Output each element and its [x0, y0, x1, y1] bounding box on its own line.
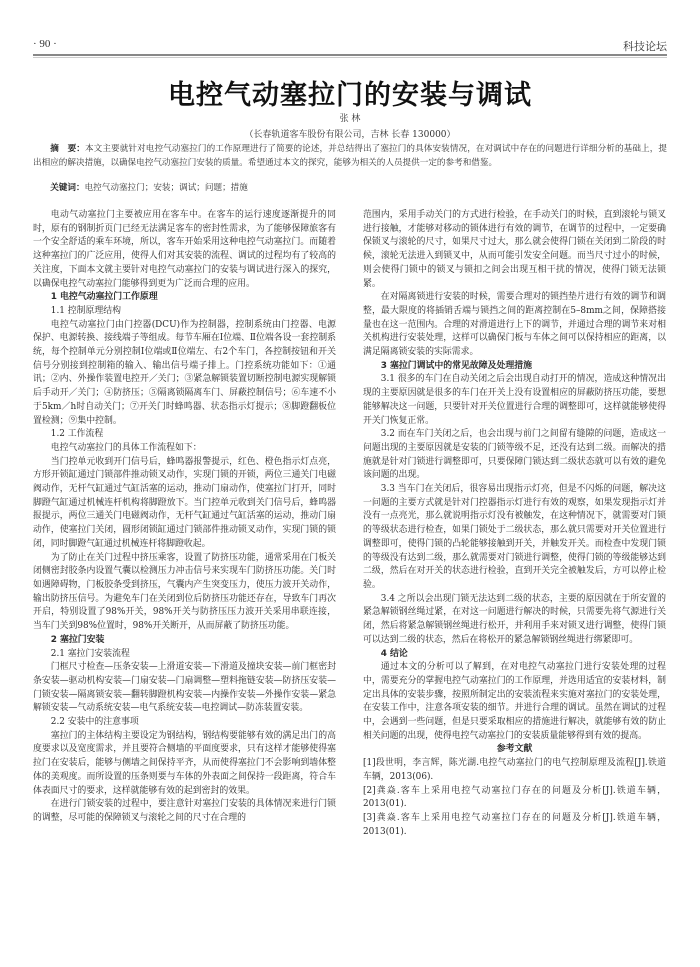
journal-name: 科技论坛 — [623, 38, 667, 54]
header-rule-thin — [33, 57, 667, 58]
header-rule — [33, 54, 667, 56]
paragraph: 门框尺寸检查—压条安装—上滑道安装—下滑道及撞块安装—前门框密封条安装—驱动机构… — [33, 661, 336, 716]
article-author: 张 林 — [0, 111, 700, 124]
keywords-text: 电控气动塞拉门；安装；调试；问题；措施 — [85, 183, 248, 193]
article-affiliation: （长春轨道客车股份有限公司，吉林 长春 130000） — [0, 127, 700, 140]
section-heading: 3 塞拉门调试中的常见故障及处理措施 — [363, 360, 666, 374]
paragraph: 在进行门锁安装的过程中，要注意针对塞拉门安装的具体情况来进行门锁的调整，尽可能的… — [33, 798, 336, 825]
keywords: 关键词：电控气动塞拉门；安装；调试；问题；措施 — [33, 182, 667, 195]
paragraph: 为了防止在关门过程中挤压乘客，设置了防挤压功能，通常采用在门板关闭侧密封胶条内设… — [33, 552, 336, 634]
subsection-heading: 2.2 安装中的注意事项 — [33, 716, 336, 730]
paragraph: 3.1 很多的车门在自动关闭之后会出现自动打开的情况，造成这种情况出现的主要原因… — [363, 373, 666, 428]
intro-paragraph: 电动气动塞拉门主要被应用在客车中。在客车的运行速度逐渐提升的同时，原有的钢制折页… — [33, 209, 336, 291]
section-heading: 1 电控气动塞拉门工作原理 — [33, 291, 336, 305]
abstract-text: 本文主要就针对电控气动塞拉门的工作原理进行了简要的论述，并总结得出了塞拉门的具体… — [33, 144, 667, 168]
subsection-heading: 1.2 工作流程 — [33, 428, 336, 442]
paragraph: 3.2 而在车门关闭之后，也会出现与前门之间留有缝隙的问题，造成这一问题出现的主… — [363, 428, 666, 483]
reference-item: [1]段世明，李言辉，陈光湖.电控气动塞拉门的电气控制原理及流程[J].铁道车辆… — [363, 757, 666, 784]
page-header: · 90 · 科技论坛 — [33, 38, 667, 54]
article-title: 电控气动塞拉门的安装与调试 — [0, 73, 700, 112]
right-column: 范围内，采用手动关门的方式进行检验，在手动关门的时候，直到滚轮与锁叉进行接触，才… — [363, 209, 666, 839]
paragraph: 电控气动塞拉门由门控器(DCU)作为控制器，控制系统由门控器、电源保护、电源转换… — [33, 319, 336, 429]
reference-item: [2]龚焱.客车上采用电控气动塞拉门存在的问题及分析[J].铁道车辆，2013(… — [363, 785, 666, 812]
paragraph: 电控气动塞拉门的具体工作流程如下： — [33, 442, 336, 456]
section-heading: 2 塞拉门安装 — [33, 634, 336, 648]
abstract: 摘 要：本文主要就针对电控气动塞拉门的工作原理进行了简要的论述，并总结得出了塞拉… — [33, 143, 667, 170]
references-heading: 参考文献 — [363, 743, 666, 757]
subsection-heading: 2.1 塞拉门安装流程 — [33, 648, 336, 662]
page-number: · 90 · — [33, 38, 57, 50]
left-column: 电动气动塞拉门主要被应用在客车中。在客车的运行速度逐渐提升的同时，原有的钢制折页… — [33, 209, 336, 826]
keywords-label: 关键词： — [50, 183, 84, 193]
abstract-label: 摘 要： — [50, 144, 85, 154]
section-heading: 4 结论 — [363, 648, 666, 662]
paragraph: 在对隔离锁进行安装的时候，需要合理对的锁挡垫片进行有效的调节和调整，最大限度的将… — [363, 291, 666, 360]
paragraph: 通过本文的分析可以了解到，在对电控气动塞拉门进行安装处理的过程中，需要充分的掌握… — [363, 661, 666, 743]
paragraph: 当门控单元收到开门信号后，蜂鸣器报警提示，红色、橙色指示灯点亮，方形开锁缸通过门… — [33, 456, 336, 552]
paragraph: 塞拉门的主体结构主要设定为钢结构，钢结构要能够有效的满足出门的高度要求以及宽度需… — [33, 730, 336, 799]
reference-item: [3]龚焱.客车上采用电控气动塞拉门存在的问题及分析[J].铁道车辆，2013(… — [363, 812, 666, 839]
paragraph: 3.4 之所以会出现门锁无法达到二级的状态，主要的原因就在于所安置的紧急解锁钢丝… — [363, 593, 666, 648]
paragraph: 范围内，采用手动关门的方式进行检验，在手动关门的时候，直到滚轮与锁叉进行接触，才… — [363, 209, 666, 291]
paragraph: 3.3 当车门在关闭后，很容易出现指示灯亮，但是不闪烁的问题，解决这一问题的主要… — [363, 483, 666, 593]
subsection-heading: 1.1 控制原理结构 — [33, 305, 336, 319]
